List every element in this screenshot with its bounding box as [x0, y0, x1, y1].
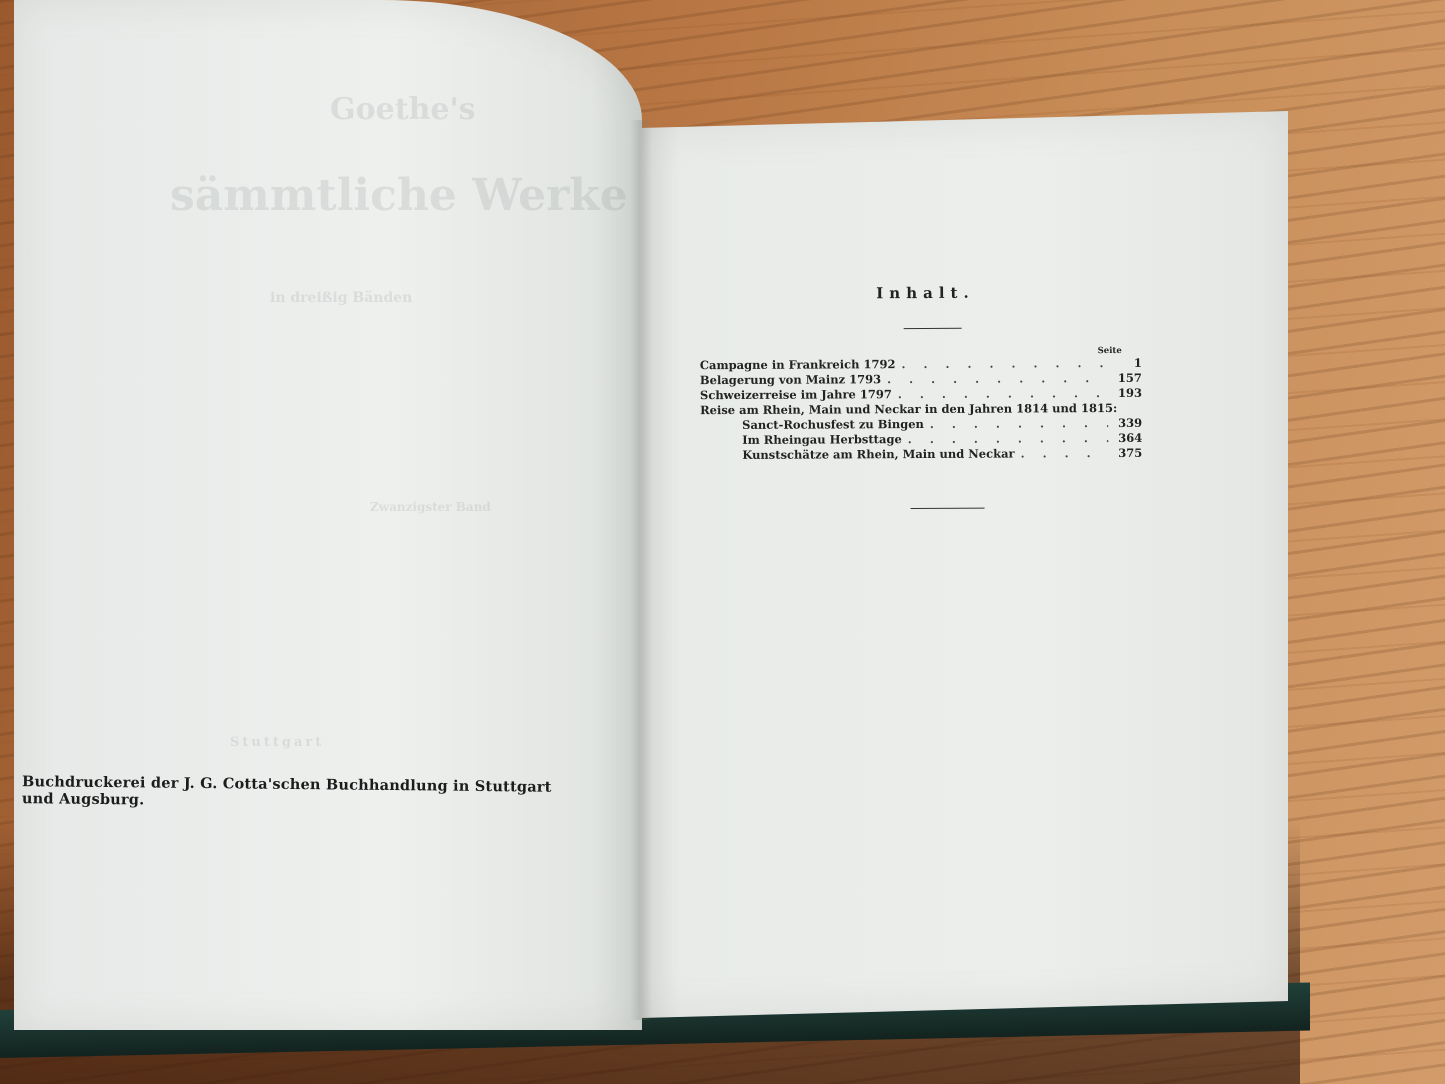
toc-title: Inhalt. [709, 283, 1141, 303]
toc-entry-title: Schweizerreise im Jahre 1797 [700, 387, 892, 403]
printer-imprint: Buchdruckerei der J. G. Cotta'schen Buch… [22, 773, 562, 813]
left-page [14, 0, 642, 1030]
toc-entry-title: Sanct-Rochusfest zu Bingen [742, 417, 924, 433]
toc-entry: Kunstschätze am Rhein, Main und Neckar 3… [700, 446, 1142, 463]
toc-entry-title: Campagne in Frankreich 1792 [700, 357, 896, 373]
book-gutter [630, 120, 652, 1020]
right-page [640, 111, 1288, 1018]
toc-leader-dots [930, 416, 1108, 432]
toc-leader-dots [1021, 446, 1109, 461]
toc-divider [904, 328, 962, 329]
show-through-text: in dreißig Bänden [270, 290, 412, 306]
toc-entry-page: 339 [1114, 416, 1142, 431]
show-through-text: Stuttgart [230, 735, 324, 750]
toc-entry-title: Belagerung von Mainz 1793 [700, 372, 881, 388]
toc-entry-page: 157 [1114, 371, 1142, 386]
toc-entry-page: 364 [1114, 431, 1142, 446]
toc-entry-page: 193 [1114, 386, 1142, 401]
show-through-text: Zwanzigster Band [370, 500, 491, 514]
show-through-text: Goethe's [330, 92, 476, 127]
show-through-text: sämmtliche Werke [170, 170, 628, 221]
toc-leader-dots [887, 371, 1108, 387]
toc-entry-title: Im Rheingau Herbsttage [742, 432, 902, 448]
toc-leader-dots [901, 356, 1107, 372]
toc-entry-page: 1 [1114, 356, 1142, 371]
table-of-contents: Inhalt. Seite Campagne in Frankreich 179… [699, 283, 1142, 510]
toc-entry-page: 375 [1114, 446, 1142, 461]
toc-leader-dots [898, 386, 1108, 402]
toc-leader-dots [908, 431, 1109, 447]
toc-entry-title: Kunstschätze am Rhein, Main und Neckar [742, 447, 1014, 463]
